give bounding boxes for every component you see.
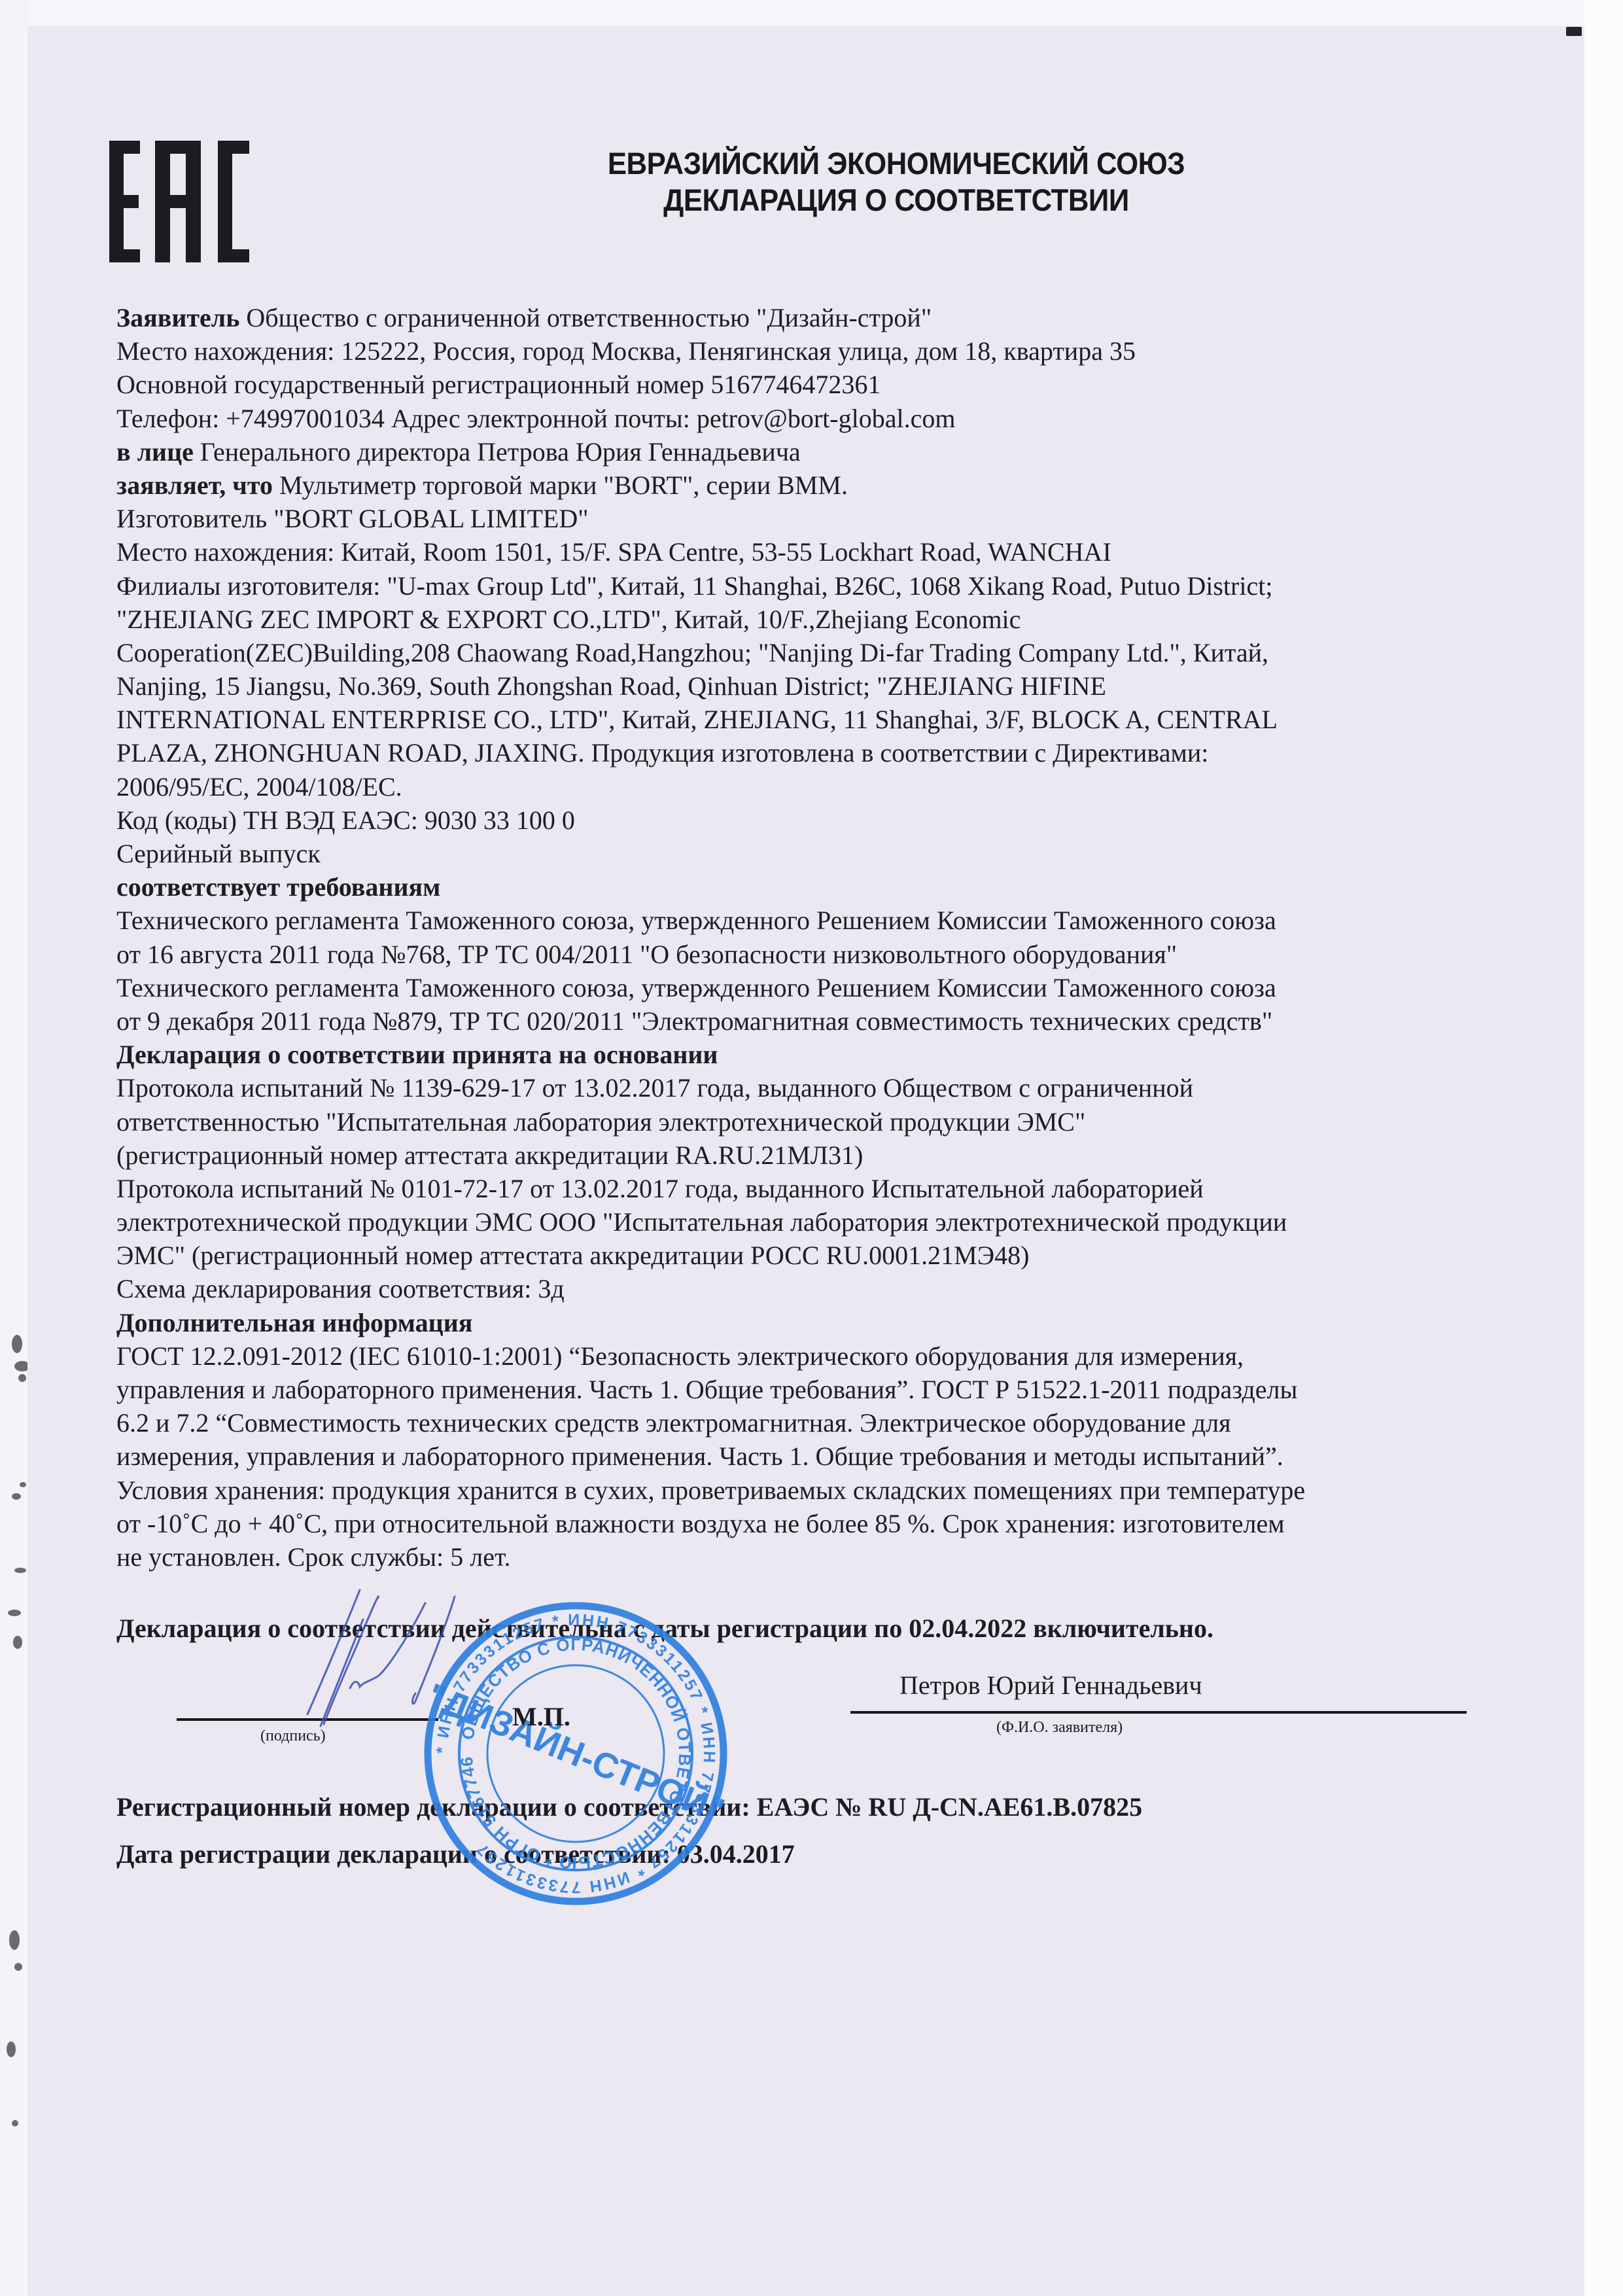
manufacturer-line: Cooperation(ZEC)Building,208 Chaowang Ro… — [116, 636, 1477, 669]
scan-speck — [9, 1930, 20, 1950]
applicant-name: Общество с ограниченной ответственностью… — [246, 303, 932, 332]
eac-conformity-mark-icon — [109, 141, 249, 262]
represented-person: Генерального директора Петрова Юрия Генн… — [200, 437, 801, 467]
applicant-address: Место нахождения: 125222, Россия, город … — [116, 334, 1477, 368]
manufacturer-line: Филиалы изготовителя: "U-max Group Ltd",… — [116, 569, 1477, 603]
manufacturer-line: Nanjing, 15 Jiangsu, No.369, South Zhong… — [116, 669, 1477, 703]
applicant-ogrn: Основной государственный регистрационный… — [116, 368, 1477, 401]
production-type-line: Серийный выпуск — [116, 837, 1477, 870]
declares-line: заявляет, что Мультиметр торговой марки … — [116, 468, 1477, 502]
name-line — [850, 1711, 1467, 1714]
manufacturer-line: Изготовитель "BORT GLOBAL LIMITED" — [116, 502, 1477, 535]
document-header: ЕВРАЗИЙСКИЙ ЭКОНОМИЧЕСКИЙ СОЮЗ ДЕКЛАРАЦИ… — [452, 145, 1340, 219]
declaration-scheme: Схема декларирования соответствия: 3д — [116, 1272, 1477, 1305]
manufacturer-line: "ZHEJIANG ZEC IMPORT & EXPORT CO.,LTD", … — [116, 603, 1477, 636]
requirements-line: от 9 декабря 2011 года №879, ТР ТС 020/2… — [116, 1004, 1477, 1038]
manufacturer-line: INTERNATIONAL ENTERPRISE CO., LTD", Кита… — [116, 703, 1477, 736]
scan-speck — [20, 1482, 26, 1487]
manufacturer-line: 2006/95/EC, 2004/108/EC. — [116, 770, 1477, 804]
applicant-contacts: Телефон: +74997001034 Адрес электронной … — [116, 402, 1477, 435]
handwritten-signature-icon — [281, 1583, 530, 1740]
requirements-heading: соответствует требованиям — [116, 870, 1477, 904]
scan-speck — [14, 1963, 22, 1971]
scan-margin-left — [0, 0, 27, 2296]
product-name: Мультиметр торговой марки "BORT", серии … — [279, 470, 848, 500]
additional-info-line: от -10˚С до + 40˚С, при относительной вл… — [116, 1507, 1477, 1540]
scan-speck — [14, 1568, 26, 1573]
union-title: ЕВРАЗИЙСКИЙ ЭКОНОМИЧЕСКИЙ СОЮЗ — [452, 145, 1340, 182]
requirements-line: Технического регламента Таможенного союз… — [116, 904, 1477, 937]
manufacturer-line: PLAZA, ZHONGHUAN ROAD, JIAXING. Продукци… — [116, 736, 1477, 769]
represented-line: в лице Генерального директора Петрова Юр… — [116, 435, 1477, 468]
additional-info-line: не установлен. Срок службы: 5 лет. — [116, 1540, 1477, 1574]
additional-info-line: 6.2 и 7.2 “Совместимость технических сре… — [116, 1406, 1477, 1439]
hs-code-line: Код (коды) ТН ВЭД ЕАЭС: 9030 33 100 0 — [116, 804, 1477, 837]
represented-label: в лице — [116, 437, 194, 467]
basis-line: ЭМС" (регистрационный номер аттестата ак… — [116, 1239, 1477, 1272]
additional-info-heading: Дополнительная информация — [116, 1306, 1477, 1339]
additional-info-line: ГОСТ 12.2.091-2012 (IEC 61010-1:2001) “Б… — [116, 1339, 1477, 1373]
declaration-body: Заявитель Общество с ограниченной ответс… — [116, 301, 1477, 1574]
declares-label: заявляет, что — [116, 470, 273, 500]
requirements-line: от 16 августа 2011 года №768, ТР ТС 004/… — [116, 938, 1477, 971]
document-title: ДЕКЛАРАЦИЯ О СООТВЕТСТВИИ — [452, 182, 1340, 219]
applicant-line: Заявитель Общество с ограниченной ответс… — [116, 301, 1477, 334]
scan-speck — [8, 1610, 21, 1616]
scan-speck — [12, 1493, 21, 1500]
applicant-label: Заявитель — [116, 303, 239, 332]
scan-speck — [12, 1335, 22, 1353]
basis-line: Протокола испытаний № 1139-629-17 от 13.… — [116, 1071, 1477, 1104]
signatory-name: Петров Юрий Геннадьевич — [899, 1670, 1202, 1701]
scan-speck — [18, 1374, 26, 1382]
manufacturer-line: Место нахождения: Китай, Room 1501, 15/F… — [116, 535, 1477, 569]
scan-speck — [12, 2120, 18, 2127]
basis-line: электротехнической продукции ЭМС ООО "Ис… — [116, 1205, 1477, 1239]
requirements-line: Технического регламента Таможенного союз… — [116, 971, 1477, 1004]
additional-info-line: измерения, управления и лабораторного пр… — [116, 1439, 1477, 1473]
scan-margin-right — [1584, 0, 1623, 2296]
basis-line: (регистрационный номер аттестата аккреди… — [116, 1139, 1477, 1172]
basis-line: ответственностью "Испытательная лаборато… — [116, 1105, 1477, 1139]
name-caption: (Ф.И.О. заявителя) — [996, 1719, 1123, 1737]
scan-speck — [7, 2041, 16, 2057]
scan-speck — [13, 1636, 22, 1649]
basis-line: Протокола испытаний № 0101-72-17 от 13.0… — [116, 1172, 1477, 1205]
additional-info-line: Условия хранения: продукция хранится в с… — [116, 1474, 1477, 1507]
scan-corner-mark — [1566, 27, 1582, 36]
basis-heading: Декларация о соответствии принята на осн… — [116, 1038, 1477, 1071]
additional-info-line: управления и лабораторного применения. Ч… — [116, 1373, 1477, 1406]
